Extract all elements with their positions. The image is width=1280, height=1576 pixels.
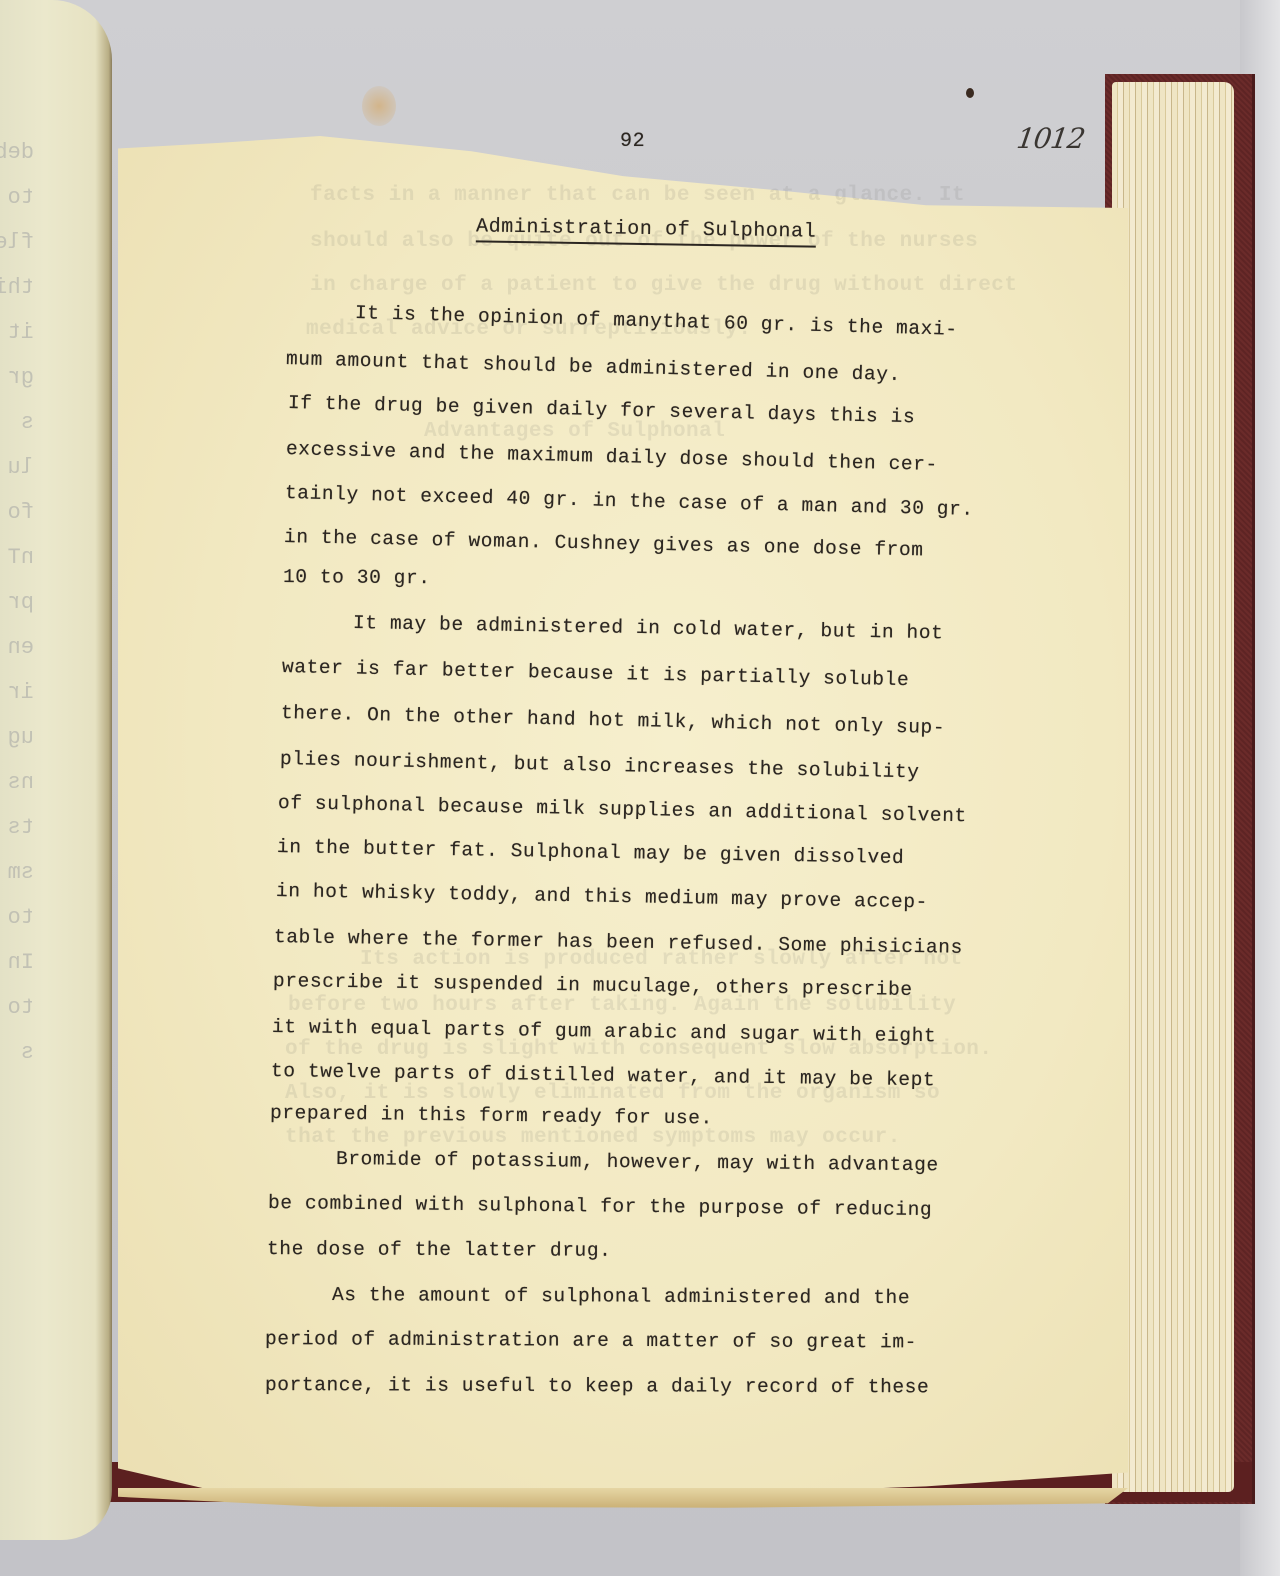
page-title: Administration of Sulphonal — [476, 215, 817, 247]
ink-speck — [966, 88, 974, 98]
left-page-fragment: to — [0, 895, 34, 940]
text-line: 10 to 30 gr. — [283, 566, 431, 589]
bleed-through-line: in charge of a patient to give the drug … — [310, 274, 1018, 297]
left-page-fragment: thi — [0, 265, 34, 310]
page-block-edges — [1112, 82, 1234, 1492]
left-page-fragment: s — [0, 1030, 34, 1075]
left-page-fragment: sm — [0, 850, 34, 895]
left-page-fragment: s — [0, 400, 34, 445]
left-page-fragment: In — [0, 940, 34, 985]
bleed-through-line: facts in a manner that can be seen at a … — [310, 184, 965, 207]
text-line: As the amount of sulphonal administered … — [332, 1284, 910, 1309]
left-page-fragment: ts — [0, 805, 34, 850]
left-page-fragment: it — [0, 310, 34, 355]
bleed-through-line: that the previous mentioned symptoms may… — [285, 1126, 901, 1149]
text-line: period of administration are a matter of… — [265, 1328, 917, 1353]
left-page-fragment: ug — [0, 715, 34, 760]
left-page-fragment: to — [0, 175, 34, 220]
left-page-fragment: to — [0, 985, 34, 1030]
left-page-fragment: gr — [0, 355, 34, 400]
text-line: the dose of the latter drug. — [267, 1238, 612, 1262]
foxing-stain — [362, 86, 396, 126]
left-page-fragment: nT — [0, 535, 34, 580]
left-page-fragment: fle — [0, 220, 34, 265]
bleed-through-line: Advantages of Sulphonal — [424, 420, 725, 443]
text-line: portance, it is useful to keep a daily r… — [265, 1374, 929, 1398]
left-page-mirrored-text: debtoflethiitgrslufonTprenirugnstssmtoIn… — [0, 130, 34, 1075]
left-page-fragment: deb — [0, 130, 34, 175]
left-page-fragment: ns — [0, 760, 34, 805]
left-page-fragment: ir — [0, 670, 34, 715]
page-number: 92 — [620, 130, 645, 153]
left-page-fragment: lu — [0, 445, 34, 490]
left-page-fragment: en — [0, 625, 34, 670]
left-facing-page: debtoflethiitgrslufonTprenirugnstssmtoIn… — [0, 0, 112, 1540]
left-page-fragment: fo — [0, 490, 34, 535]
left-page-fragment: pr — [0, 580, 34, 625]
handwritten-folio-number: 1012 — [1015, 122, 1087, 155]
